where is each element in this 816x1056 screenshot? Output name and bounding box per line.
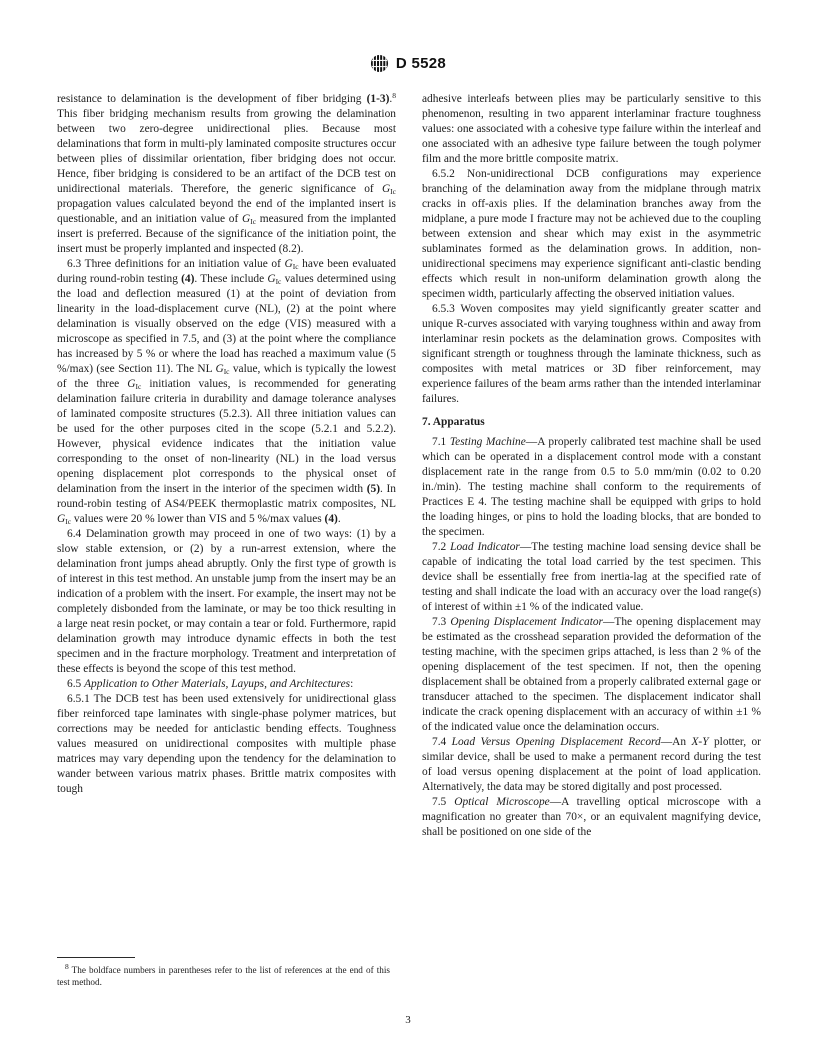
paragraph: resistance to delamination is the develo…	[57, 92, 396, 257]
paragraph: 6.4 Delamination growth may proceed in o…	[57, 527, 396, 677]
page-number: 3	[405, 1014, 411, 1026]
paragraph: 7.5 Optical Microscope—A travelling opti…	[422, 795, 761, 840]
doc-number: D 5528	[396, 55, 446, 72]
footnote-divider	[57, 957, 135, 958]
paragraph: 6.5.1 The DCB test has been used extensi…	[57, 692, 396, 797]
astm-logo-icon	[370, 54, 389, 73]
paragraph: adhesive interleafs between plies may be…	[422, 92, 761, 167]
paragraph: 7.3 Opening Displacement Indicator—The o…	[422, 615, 761, 735]
paragraph: 6.3 Three definitions for an initiation …	[57, 257, 396, 527]
paragraph: 6.5 Application to Other Materials, Layu…	[57, 677, 396, 692]
right-column: adhesive interleafs between plies may be…	[422, 92, 761, 840]
paragraph: 7.4 Load Versus Opening Displacement Rec…	[422, 735, 761, 795]
left-column: resistance to delamination is the develo…	[57, 92, 396, 840]
paragraph: 6.5.3 Woven composites may yield signifi…	[422, 302, 761, 407]
paragraph: 7.1 Testing Machine—A properly calibrate…	[422, 435, 761, 540]
paragraph: 6.5.2 Non-unidirectional DCB configurati…	[422, 167, 761, 302]
page-header: D 5528	[0, 54, 816, 73]
paragraph: 8 The boldface numbers in parentheses re…	[57, 965, 390, 988]
document-page: D 5528 resistance to delamination is the…	[0, 0, 816, 1056]
footnote-text: 8 The boldface numbers in parentheses re…	[57, 965, 390, 988]
footnote: 8 The boldface numbers in parentheses re…	[57, 957, 390, 988]
page-body: resistance to delamination is the develo…	[57, 92, 761, 840]
page-footer: 3	[0, 1014, 816, 1026]
paragraph: 7.2 Load Indicator—The testing machine l…	[422, 540, 761, 615]
section-heading: 7. Apparatus	[422, 415, 761, 430]
